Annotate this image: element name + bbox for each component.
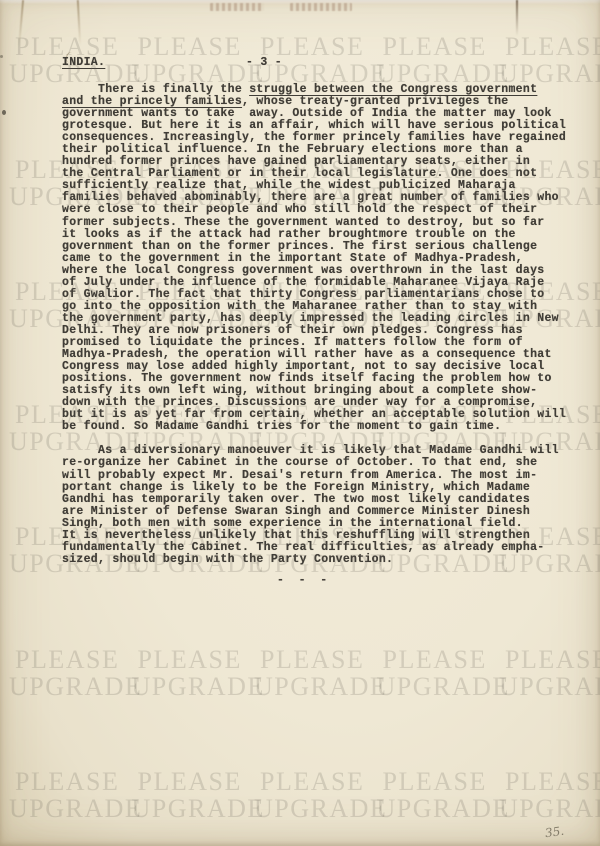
text-segment: former subjects. These the government wa…: [62, 216, 544, 229]
document-body: There is finally the struggle between th…: [62, 84, 566, 578]
text-segment: the Central Parliament or in their local…: [62, 167, 537, 180]
watermark-text: PLEASE: [383, 647, 487, 673]
text-segment: of July under the influence of the formi…: [62, 276, 544, 289]
watermark-text: PLEASE: [383, 34, 487, 60]
text-segment: positions. The government now finds itse…: [62, 372, 552, 385]
handwritten-page-number: 35.: [544, 824, 565, 841]
text-segment: satisfy its own left wing, without bring…: [62, 384, 537, 397]
paragraph: As a diversionary manoeuver it is likely…: [62, 445, 566, 565]
crease-mark: [18, 0, 24, 48]
text-segment: , whose treaty-granted privileges the: [242, 95, 508, 108]
text-segment: their political influence. In the Februa…: [62, 143, 523, 156]
page-number-label: - 3 -: [246, 57, 282, 69]
text-segment: came to the government in the important …: [62, 252, 523, 265]
text-segment: portant change is likely to be the Forei…: [62, 481, 530, 494]
text-segment: sized, should begin with the Party Conve…: [62, 553, 393, 566]
watermark-text: PLEASE: [138, 34, 242, 60]
text-segment: There is finally the: [62, 83, 249, 96]
underlined-text: struggle between the Congress government: [249, 83, 537, 96]
ink-smudge: [290, 3, 352, 11]
text-segment: Madhya-Pradesh, the operation will rathe…: [62, 348, 552, 361]
text-segment: be found. So Madame Gandhi tries for the…: [62, 420, 501, 433]
watermark-text: PLEASE: [260, 647, 364, 673]
watermark-text: UPGRADE: [254, 796, 387, 822]
watermark-text: PLEASE: [138, 647, 242, 673]
watermark-text: UPGRADE: [9, 796, 142, 822]
watermark-text: UPGRADE: [499, 796, 600, 822]
text-segment: As a diversionary manoeuver it is likely…: [62, 444, 559, 457]
underlined-text: and the princely families: [62, 95, 242, 108]
text-segment: the government party, has deeply impress…: [62, 312, 559, 325]
text-segment: Gandhi has temporarily taken over. The t…: [62, 493, 530, 506]
text-segment: down with the princes. Discussions are u…: [62, 396, 537, 409]
watermark-text: UPGRADE: [254, 674, 387, 700]
text-segment: hundred former princes have gained parli…: [62, 155, 530, 168]
end-separator: - - -: [277, 575, 327, 587]
text-segment: Congress may lose added highly important…: [62, 360, 544, 373]
watermark-text: PLEASE: [383, 769, 487, 795]
crease-mark: [516, 0, 518, 36]
paragraph: There is finally the struggle between th…: [62, 84, 566, 433]
text-line: be found. So Madame Gandhi tries for the…: [62, 421, 566, 433]
text-segment: sufficiently realize that, while the wid…: [62, 179, 516, 192]
watermark-text: PLEASE: [505, 34, 600, 60]
watermark-text: PLEASE: [15, 769, 119, 795]
watermark-text: PLEASE: [505, 647, 600, 673]
text-segment: were close to their people and who still…: [62, 203, 537, 216]
page-heading: INDIA.: [62, 57, 105, 69]
watermark-text: UPGRADE: [377, 796, 510, 822]
text-segment: families behaved abominably, there are a…: [62, 191, 559, 204]
ink-smudge: [210, 3, 264, 11]
text-segment: grotesque. But here it is an affair, whi…: [62, 119, 566, 132]
text-segment: promised to liquidate the princes. If ma…: [62, 336, 523, 349]
watermark-text: UPGRADE: [377, 674, 510, 700]
watermark-text: PLEASE: [505, 769, 600, 795]
crease-mark: [77, 0, 81, 46]
text-segment: It is nevertheless unlikely that this re…: [62, 529, 530, 542]
text-segment: it looks as if the attack had rather bro…: [62, 228, 516, 241]
watermark-text: PLEASE: [15, 647, 119, 673]
watermark-text: UPGRADE: [132, 796, 265, 822]
text-segment: Singh, both men with some experience in …: [62, 517, 523, 530]
watermark-text: UPGRADE: [499, 674, 600, 700]
watermark-text: UPGRADE: [9, 674, 142, 700]
text-segment: will probably expect Mr. Desai's return …: [62, 469, 537, 482]
text-segment: government than on the former princes. T…: [62, 240, 537, 253]
document-page: PLEASEUPGRADEPLEASEUPGRADEPLEASEUPGRADEP…: [0, 0, 600, 846]
text-segment: fundamentally the Cabinet. The real diff…: [62, 541, 544, 554]
text-segment: Delhi. They are now prisoners of their o…: [62, 324, 523, 337]
watermark-text: PLEASE: [260, 769, 364, 795]
text-segment: government wants to take away. Outside o…: [62, 107, 552, 120]
text-segment: consequences. Increasingly, the former p…: [62, 131, 566, 144]
text-segment: of Gwalior. The fact that thirty Congres…: [62, 288, 544, 301]
text-segment: where the local Congress government was …: [62, 264, 544, 277]
text-segment: are Minister of Defense Swaran Singh and…: [62, 505, 530, 518]
text-line: sized, should begin with the Party Conve…: [62, 554, 566, 566]
text-segment: go into the opposition with the Maharane…: [62, 300, 537, 313]
ink-speck: [0, 55, 3, 58]
text-segment: but it is as yet far from certain, wheth…: [62, 408, 566, 421]
ink-speck: [2, 110, 6, 115]
watermark-text: PLEASE: [138, 769, 242, 795]
watermark-text: UPGRADE: [132, 674, 265, 700]
text-segment: re-organize her Cabinet in the course of…: [62, 456, 537, 469]
